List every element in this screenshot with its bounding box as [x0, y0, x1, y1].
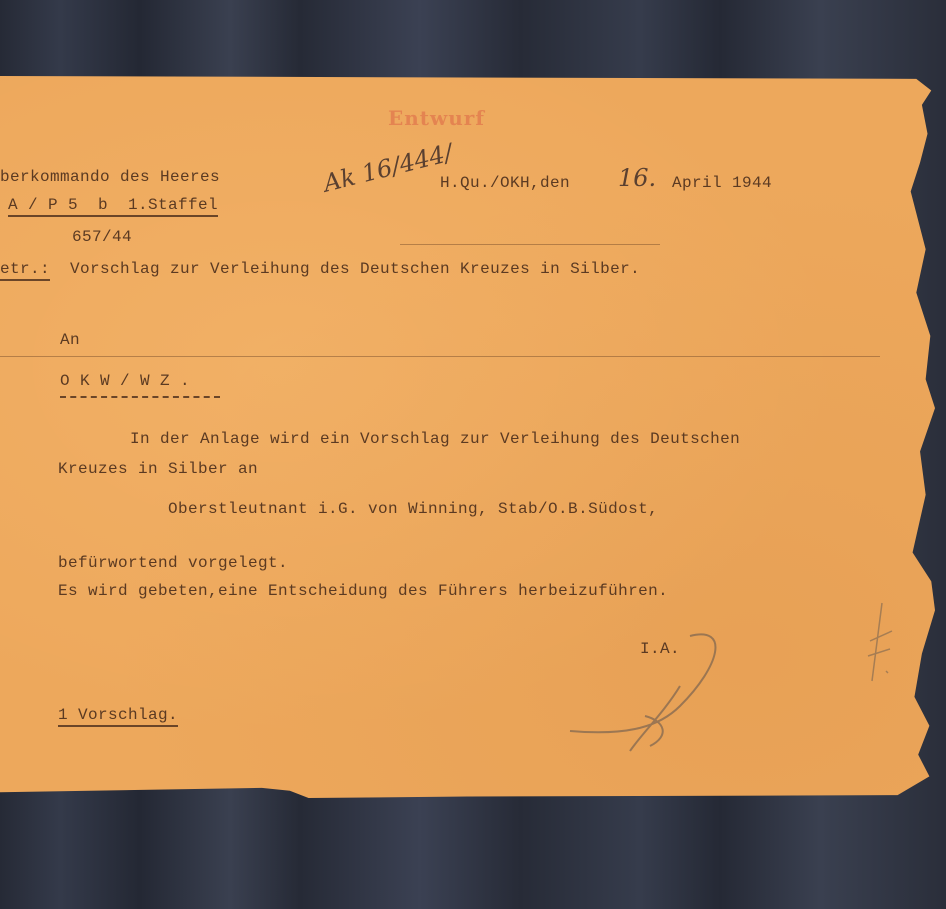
body-line-2: Kreuzes in Silber an — [58, 460, 258, 478]
recipient-name: O K W / W Z . — [60, 372, 190, 390]
document-paper: Entwurf berkommando des Heeres A / P 5 b… — [0, 76, 935, 798]
org-line-2: A / P 5 b 1.Staffel — [8, 196, 218, 217]
handwritten-reference: Ak 16/444/ — [321, 138, 456, 197]
header-rule — [400, 244, 660, 245]
signature-scribble — [570, 626, 750, 756]
margin-initials — [860, 601, 900, 691]
body-line-4: Es wird gebeten,eine Entscheidung des Fü… — [58, 582, 668, 600]
nominee-line: Oberstleutnant i.G. von Winning, Stab/O.… — [168, 500, 658, 518]
handwritten-day: 16. — [618, 164, 656, 192]
place-prefix: H.Qu./OKH,den — [440, 174, 570, 192]
subject-label: etr.: — [0, 260, 50, 281]
entwurf-stamp: Entwurf — [388, 106, 485, 130]
recipient-label: An — [60, 331, 80, 349]
recipient-underline — [60, 396, 220, 398]
body-line-3: befürwortend vorgelegt. — [58, 554, 288, 572]
org-line-1: berkommando des Heeres — [0, 168, 220, 186]
enclosure-note: 1 Vorschlag. — [58, 706, 178, 727]
address-rule — [0, 356, 880, 357]
reference-number: 657/44 — [72, 228, 132, 246]
date-text: April 1944 — [672, 174, 772, 192]
body-line-1: In der Anlage wird ein Vorschlag zur Ver… — [130, 430, 740, 448]
subject-text: Vorschlag zur Verleihung des Deutschen K… — [70, 260, 640, 278]
